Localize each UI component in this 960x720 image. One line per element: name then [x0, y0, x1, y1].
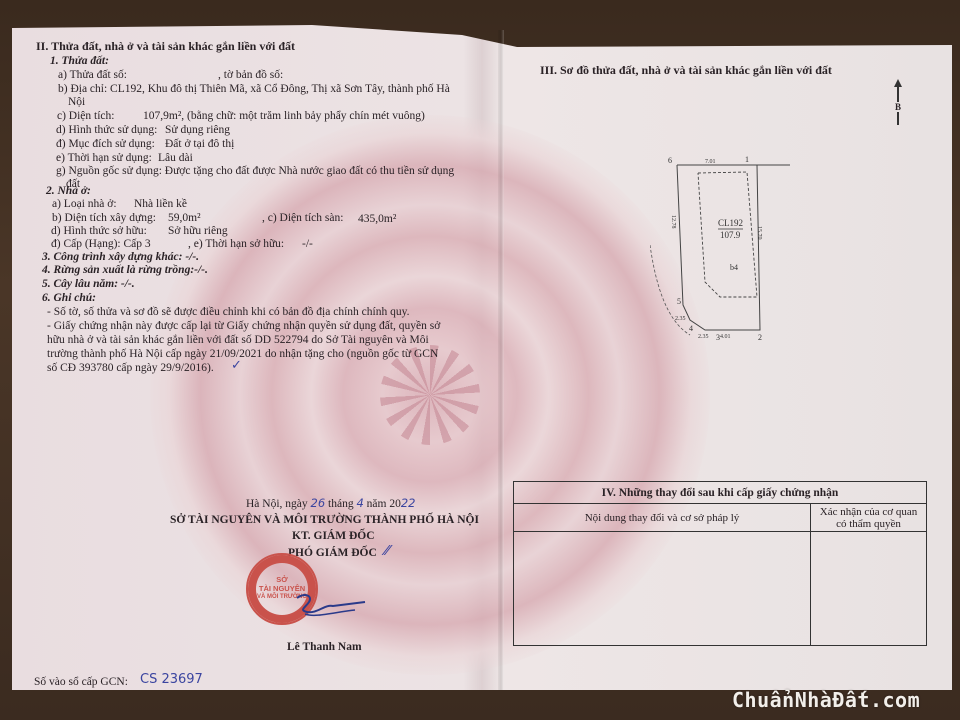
svg-text:15.70: 15.70 [756, 226, 762, 240]
land-heading: 1. Thửa đất: [50, 55, 109, 68]
land-area-label: c) Diện tích: [57, 110, 114, 123]
svg-text:4.01: 4.01 [720, 334, 731, 340]
section-4-title: IV. Những thay đổi sau khi cấp giấy chứn… [514, 482, 927, 504]
perennial-trees: 5. Cây lâu năm: -/-. [42, 278, 135, 291]
house-heading: 2. Nhà ở: [46, 185, 91, 198]
issue-month: 4 [356, 496, 363, 510]
section-2-title: II. Thửa đất, nhà ở và tài sản khác gắn … [36, 40, 295, 53]
svg-text:7.01: 7.01 [705, 159, 716, 165]
house-floor-area-value: 435,0m² [358, 213, 396, 226]
section-3-title: III. Sơ đồ thửa đất, nhà ở và tài sản kh… [540, 64, 832, 77]
issue-date: Hà Nội, ngày 26 tháng 4 năm 2022 [246, 497, 416, 511]
initials-mark: ⁄⁄ [385, 545, 389, 558]
parcel-diagram: 6 1 2 3 4 5 7.01 4.01 2.35 2.35 15.70 12… [650, 150, 790, 350]
land-origin: g) Nguồn gốc sử dụng: Được tặng cho đất … [56, 165, 454, 178]
note-line-1: - Số tờ, số thửa và sơ đồ sẽ được điều c… [47, 306, 409, 319]
house-build-area-label: b) Diện tích xây dựng: [52, 212, 156, 225]
house-term-value: -/- [302, 238, 313, 251]
land-parcel-number: a) Thửa đất số: [58, 69, 127, 82]
registry-value: CS 23697 [140, 673, 203, 686]
col-authority-confirmation: Xác nhận của cơ quancó thẩm quyền [811, 504, 927, 532]
svg-text:2.35: 2.35 [675, 316, 686, 322]
land-purpose-value: Đất ở tại đô thị [165, 138, 234, 151]
land-purpose-label: đ) Mục đích sử dụng: [56, 138, 155, 151]
svg-text:4: 4 [689, 324, 693, 333]
production-forest: 4. Rừng sản xuất là rừng trồng:-/-. [42, 264, 208, 277]
col-change-content: Nội dung thay đổi và cơ sở pháp lý [514, 504, 811, 532]
kt-director: KT. GIÁM ĐỐC [292, 530, 375, 543]
signer-name: Lê Thanh Nam [287, 641, 362, 654]
svg-text:1: 1 [745, 155, 749, 164]
house-floor-area-label: , c) Diện tích sàn: [262, 212, 343, 225]
house-ownership-value: Sở hữu riêng [168, 225, 228, 238]
parcel-id: CL192 [718, 218, 743, 228]
changes-table: IV. Những thay đổi sau khi cấp giấy chứn… [513, 481, 927, 646]
svg-text:2: 2 [758, 333, 762, 342]
house-build-area-value: 59,0m² [168, 212, 201, 225]
land-term-label: e) Thời hạn sử dụng: [56, 152, 152, 165]
house-ownership-label: d) Hình thức sở hữu: [51, 225, 147, 238]
notes-heading: 6. Ghi chú: [42, 292, 96, 305]
land-use-form-label: d) Hình thức sử dụng: [56, 124, 157, 137]
house-type-value: Nhà liền kề [134, 198, 187, 211]
site-watermark: ChuẩnNhàĐất.com [732, 688, 920, 712]
note-line-4: trường thành phố Hà Nội cấp ngày 21/09/2… [47, 348, 438, 361]
issue-day: 26 [311, 496, 326, 510]
agency-name: SỞ TÀI NGUYÊN VÀ MÔI TRƯỜNG THÀNH PHỐ HÀ… [170, 514, 479, 527]
note-line-2: - Giấy chứng nhận này được cấp lại từ Gi… [47, 320, 440, 333]
checkmark-icon: ✓ [231, 359, 242, 372]
issue-year: 22 [401, 496, 416, 510]
land-term-value: Lâu dài [158, 152, 193, 165]
svg-text:2.35: 2.35 [698, 334, 709, 340]
page-fold [498, 30, 504, 690]
land-area-value: 107,9m², (bằng chữ: một trăm linh bảy ph… [143, 110, 425, 123]
parcel-area: 107.9 [720, 230, 741, 240]
other-works: 3. Công trình xây dựng khác: -/-. [42, 251, 199, 264]
registry-label: Số vào sổ cấp GCN: [34, 676, 128, 689]
note-line-3: hữu nhà ở và tài sản khác gắn liền với đ… [47, 334, 429, 347]
house-type-label: a) Loại nhà ở: [52, 198, 117, 211]
svg-text:6: 6 [668, 156, 672, 165]
confirmation-cell [811, 532, 927, 646]
signature [295, 590, 375, 620]
land-use-form-value: Sử dụng riêng [165, 124, 230, 137]
building-label: b4 [730, 263, 738, 272]
svg-text:12.78: 12.78 [670, 215, 676, 229]
land-address: b) Địa chỉ: CL192, Khu đô thị Thiên Mã, … [58, 83, 450, 96]
svg-text:5: 5 [677, 297, 681, 306]
land-address-cont: Nội [68, 96, 85, 109]
note-line-5: số CĐ 393780 cấp ngày 29/9/2016). [47, 362, 214, 375]
land-map-sheet: , tờ bản đồ số: [218, 69, 283, 82]
house-grade: đ) Cấp (Hạng): Cấp 3 [51, 238, 151, 251]
north-label: B [895, 102, 901, 112]
house-term-label: , e) Thời hạn sở hữu: [188, 238, 284, 251]
change-content-cell [514, 532, 811, 646]
